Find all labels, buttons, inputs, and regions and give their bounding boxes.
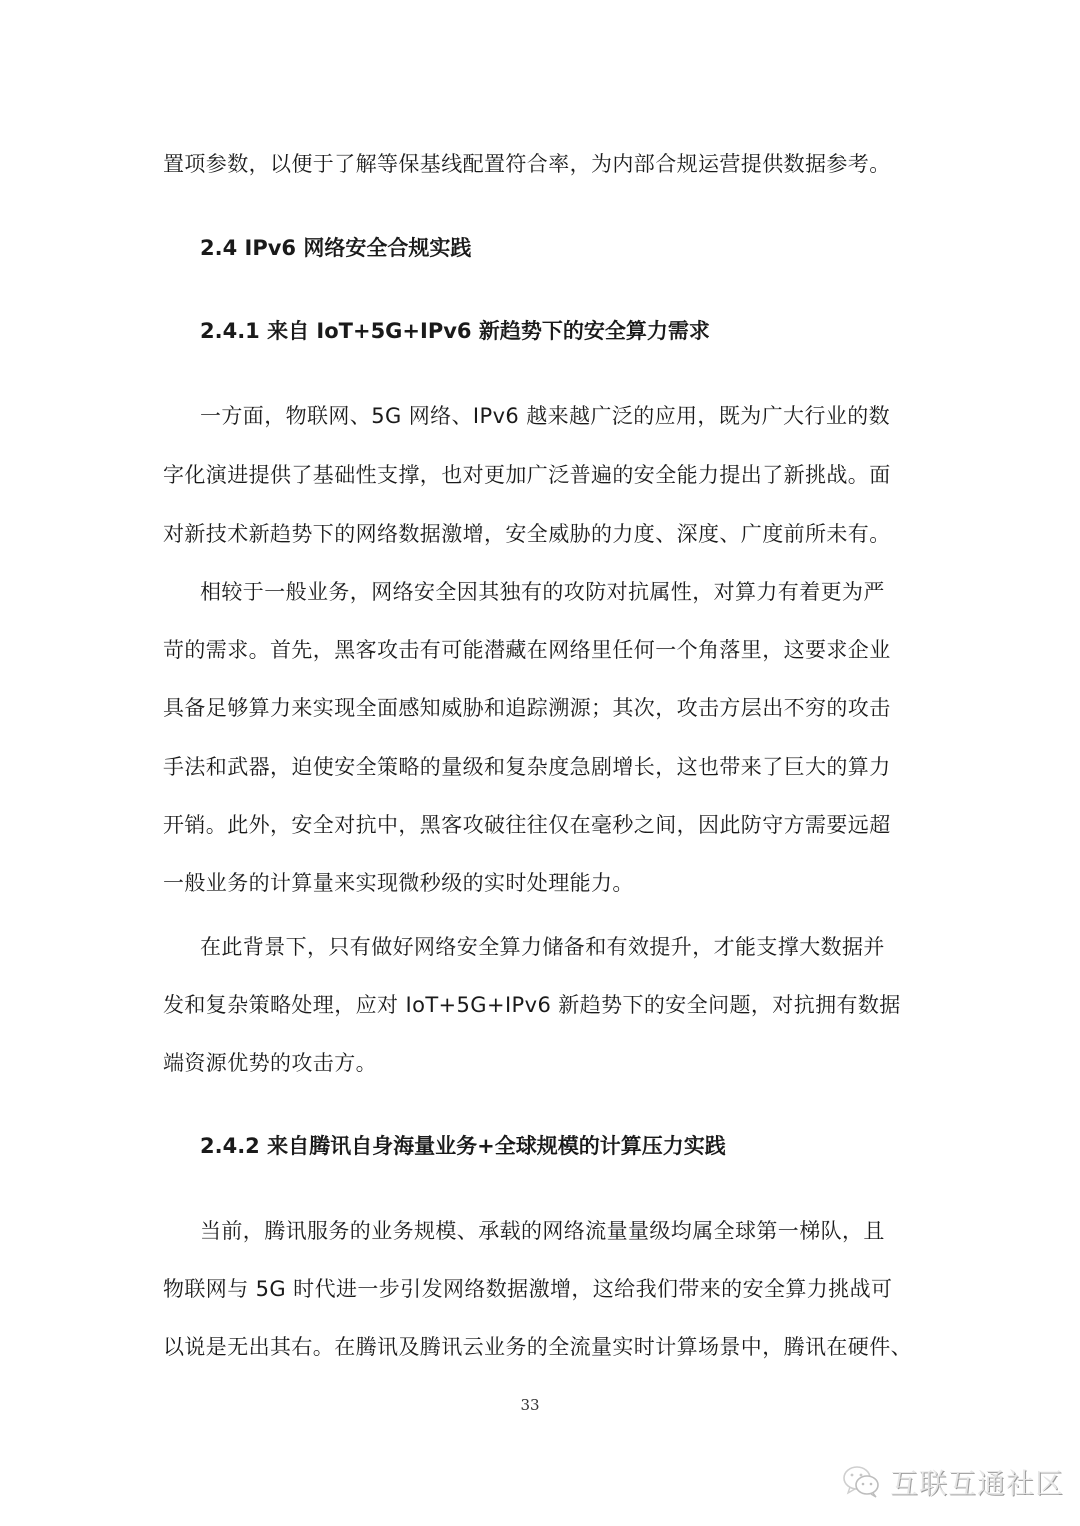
paragraph-line: 端资源优势的攻击方。 xyxy=(163,1047,895,1077)
paragraph-line: 字化演进提供了基础性支撑，也对更加广泛普遍的安全能力提出了新挑战。面 xyxy=(163,459,895,489)
paragraph-line: 开销。此外，安全对抗中，黑客攻破往往仅在毫秒之间，因此防守方需要远超 xyxy=(163,809,895,839)
paragraph-line: 具备足够算力来实现全面感知威胁和追踪溯源；其次，攻击方层出不穷的攻击 xyxy=(163,692,895,722)
watermark-text: 互联互通社区 xyxy=(890,1462,1064,1502)
page-number: 33 xyxy=(0,1396,1060,1414)
paragraph-line: 相较于一般业务，网络安全因其独有的攻防对抗属性，对算力有着更为严 xyxy=(200,576,932,606)
paragraph-line: 在此背景下，只有做好网络安全算力储备和有效提升，才能支撑大数据并 xyxy=(200,931,932,961)
paragraph-line: 一方面，物联网、5G 网络、IPv6 越来越广泛的应用，既为广大行业的数 xyxy=(200,400,932,430)
paragraph-line: 苛的需求。首先，黑客攻击有可能潜藏在网络里任何一个角落里，这要求企业 xyxy=(163,634,895,664)
section-heading-2-4: 2.4 IPv6 网络安全合规实践 xyxy=(200,232,471,262)
paragraph-line: 物联网与 5G 时代进一步引发网络数据激增，这给我们带来的安全算力挑战可 xyxy=(163,1273,895,1303)
paragraph-line: 一般业务的计算量来实现微秒级的实时处理能力。 xyxy=(163,867,895,897)
paragraph-line: 对新技术新趋势下的网络数据激增，安全威胁的力度、深度、广度前所未有。 xyxy=(163,518,895,548)
paragraph-line: 手法和武器，迫使安全策略的量级和复杂度急剧增长，这也带来了巨大的算力 xyxy=(163,751,895,781)
section-heading-2-4-1: 2.4.1 来自 IoT+5G+IPv6 新趋势下的安全算力需求 xyxy=(200,315,710,345)
wechat-icon xyxy=(842,1465,882,1499)
paragraph-line: 发和复杂策略处理，应对 IoT+5G+IPv6 新趋势下的安全问题，对抗拥有数据 xyxy=(163,989,895,1019)
section-heading-2-4-2: 2.4.2 来自腾讯自身海量业务+全球规模的计算压力实践 xyxy=(200,1130,726,1160)
watermark: 互联互通社区 xyxy=(842,1462,1064,1502)
paragraph-line: 以说是无出其右。在腾讯及腾讯云业务的全流量实时计算场景中，腾讯在硬件、 xyxy=(163,1331,895,1361)
paragraph-line: 置项参数，以便于了解等保基线配置符合率，为内部合规运营提供数据参考。 xyxy=(163,148,895,178)
document-page: 置项参数，以便于了解等保基线配置符合率，为内部合规运营提供数据参考。 2.4 I… xyxy=(0,0,1080,1526)
paragraph-line: 当前，腾讯服务的业务规模、承载的网络流量量级均属全球第一梯队，且 xyxy=(200,1215,932,1245)
